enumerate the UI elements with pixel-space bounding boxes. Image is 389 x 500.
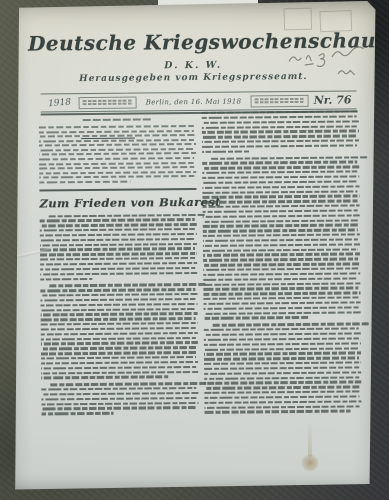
illegible-text-line: [41, 322, 198, 326]
illegible-text-line: [41, 332, 198, 336]
illegible-text-line: [203, 243, 360, 247]
illegible-text-line: [39, 166, 194, 169]
illegible-text-line: [39, 125, 196, 129]
illegible-text-line: [41, 402, 198, 406]
illegible-text-line: [205, 405, 360, 409]
illegible-text-line: [203, 272, 360, 276]
illegible-text-line: [255, 98, 305, 100]
illegible-text-line: [203, 219, 358, 223]
illegible-text-line: [204, 366, 359, 370]
illegible-text-line: [203, 234, 360, 238]
illegible-text-line: [41, 392, 198, 396]
illegible-text-line: [204, 395, 359, 399]
illegible-text-line: [204, 376, 359, 380]
illegible-text-line: [203, 296, 358, 300]
body-paragraph: [41, 382, 198, 415]
illegible-text-line: [203, 267, 358, 271]
illegible-text-line: [205, 410, 351, 414]
illegible-text-line: [202, 161, 357, 165]
illegible-text-line: [40, 262, 197, 266]
illegible-text-line: [203, 292, 360, 296]
illegible-text-line: [204, 311, 361, 315]
illegible-text-line: [41, 366, 196, 370]
illegible-text-line: [202, 166, 359, 170]
illegible-text-line: [204, 316, 309, 319]
illegible-text-line: [40, 252, 197, 256]
left-text-column: Zum Frieden von Bukarest: [39, 116, 199, 420]
illegible-text-line: [203, 238, 358, 242]
illegible-text-line: [203, 277, 358, 281]
illegible-text-line: [41, 308, 196, 312]
illegible-text-line: [203, 258, 358, 262]
body-paragraph: [40, 283, 198, 379]
illegible-text-line: [211, 156, 368, 160]
illegible-text-line: [202, 120, 359, 124]
illegible-text-line: [40, 243, 197, 247]
illegible-text-line: [204, 328, 359, 332]
illegible-text-line: [39, 171, 196, 175]
illegible-text-line: [203, 229, 358, 233]
illegible-text-line: [202, 130, 359, 134]
page-content: Deutsche Kriegswochenschau D. K. W. Hera…: [0, 0, 389, 500]
illegible-text-line: [202, 135, 357, 139]
illegible-text-line: [49, 213, 206, 217]
illegible-text-line: [40, 228, 195, 232]
stain-streak: [308, 423, 312, 457]
illegible-text-line: [203, 214, 360, 218]
illegible-text-line: [203, 209, 358, 213]
illegible-text-line: [40, 267, 195, 271]
illegible-text-line: [41, 317, 196, 321]
illegible-text-line: [41, 303, 198, 307]
newspaper-page: Deutsche Kriegswochenschau D. K. W. Hera…: [0, 0, 389, 500]
illegible-text-line: [202, 125, 357, 129]
illegible-text-line: [203, 253, 360, 257]
illegible-text-line: [41, 337, 196, 341]
illegible-text-line: [40, 233, 197, 237]
stain-mark: [301, 454, 319, 472]
illegible-text-line: [42, 406, 197, 410]
body-paragraph: [202, 156, 361, 320]
illegible-text-line: [83, 100, 133, 102]
illegible-text-line: [202, 190, 357, 194]
scan-stage: Deutsche Kriegswochenschau D. K. W. Hera…: [0, 0, 389, 500]
illegible-text-line: [255, 101, 305, 103]
issue-info-bar: 1918 Berlin, den 16. Mai 1918 Nr. 76: [40, 90, 356, 112]
illegible-text-line: [50, 382, 207, 386]
illegible-text-line: [203, 263, 360, 267]
illegible-text-line: [204, 337, 359, 341]
price-info-box: [251, 94, 309, 107]
right-text-column: [202, 110, 362, 418]
illegible-text-line: [40, 218, 195, 222]
illegible-text-line: [41, 341, 198, 345]
illegible-text-line: [39, 180, 130, 183]
illegible-text-line: [202, 139, 359, 143]
illegible-text-line: [203, 200, 358, 204]
stamp-outline-right: [319, 10, 352, 32]
illegible-text-line: [41, 356, 196, 360]
illegible-text-line: [40, 238, 195, 242]
illegible-text-line: [202, 195, 359, 199]
column-rule: [39, 188, 196, 191]
illegible-text-line: [41, 361, 198, 365]
issue-number: Nr. 76: [309, 93, 357, 106]
illegible-text-line: [40, 293, 197, 297]
illegible-text-line: [39, 130, 194, 133]
issue-date: Berlin, den 16. Mai 1918: [137, 97, 251, 106]
article-headline: Zum Frieden von Bukarest: [39, 195, 196, 211]
illegible-text-line: [41, 312, 198, 316]
illegible-text-line: [41, 371, 198, 375]
illegible-text-line: [202, 110, 359, 114]
illegible-text-line: [40, 278, 92, 281]
illegible-text-line: [40, 223, 197, 227]
illegible-text-line: [204, 332, 361, 336]
stamp-outline-left: [283, 8, 312, 31]
illegible-text-line: [40, 272, 197, 276]
illegible-text-line: [203, 248, 358, 252]
body-text-columns: Zum Frieden von Bukarest: [39, 114, 362, 437]
illegible-text-line: [202, 185, 359, 189]
illegible-text-line: [40, 298, 195, 302]
illegible-text-line: [40, 257, 195, 261]
illegible-text-line: [39, 143, 196, 147]
subscription-info-box: [79, 96, 137, 109]
toc-heading-illegible: [83, 118, 152, 121]
illegible-text-line: [39, 175, 194, 178]
illegible-text-line: [202, 171, 357, 175]
illegible-text-line: [40, 247, 195, 251]
illegible-text-line: [204, 390, 361, 394]
illegible-text-line: [203, 282, 360, 286]
illegible-text-line: [204, 381, 361, 385]
illegible-text-line: [204, 306, 359, 310]
illegible-text-line: [42, 412, 114, 415]
issue-year: 1918: [40, 96, 79, 109]
illegible-text-line: [204, 357, 359, 361]
illegible-text-line: [202, 115, 357, 119]
illegible-text-line: [39, 157, 194, 160]
illegible-text-line: [204, 361, 361, 365]
illegible-text-line: [39, 152, 196, 156]
illegible-text-line: [39, 139, 194, 142]
illegible-text-line: [39, 148, 194, 151]
table-of-contents-block: [39, 125, 197, 183]
illegible-text-line: [83, 103, 133, 105]
illegible-text-line: [203, 287, 358, 291]
body-paragraph: [40, 214, 198, 281]
illegible-text-line: [202, 150, 249, 153]
illegible-text-line: [41, 327, 196, 331]
illegible-text-line: [204, 386, 359, 390]
illegible-text-line: [49, 283, 206, 287]
illegible-text-line: [39, 162, 196, 166]
illegible-text-line: [203, 204, 360, 208]
body-paragraph: [204, 323, 362, 414]
illegible-text-line: [202, 180, 357, 184]
illegible-text-line: [41, 397, 196, 401]
illegible-text-line: [204, 347, 359, 351]
handwritten-annotation: [286, 46, 370, 93]
illegible-text-line: [204, 352, 361, 356]
illegible-text-line: [204, 301, 361, 305]
body-paragraph: [202, 110, 359, 153]
illegible-text-line: [213, 323, 370, 327]
illegible-text-line: [40, 288, 195, 292]
illegible-text-line: [204, 342, 361, 346]
illegible-text-line: [202, 175, 359, 179]
illegible-text-line: [41, 387, 196, 391]
illegible-text-line: [203, 224, 360, 228]
illegible-text-line: [204, 400, 361, 404]
illegible-text-line: [41, 351, 198, 355]
illegible-text-line: [204, 371, 361, 375]
illegible-text-line: [41, 376, 168, 380]
illegible-text-line: [202, 144, 357, 148]
illegible-text-line: [41, 346, 196, 350]
